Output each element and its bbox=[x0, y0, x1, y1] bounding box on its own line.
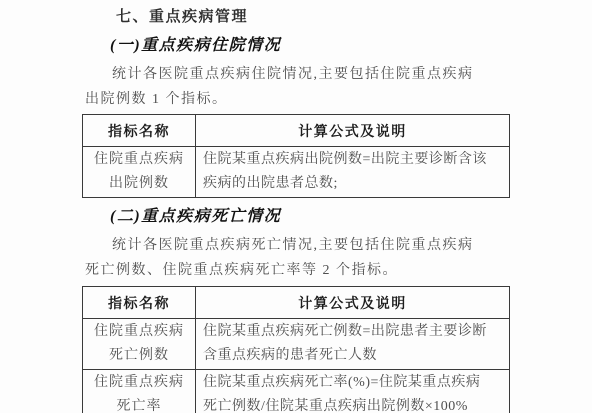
chapter-heading: 七、重点疾病管理 bbox=[116, 8, 592, 27]
col-header-formula: 计算公式及说明 bbox=[196, 287, 510, 319]
subsection-2-paragraph: 统计各医院重点疾病死亡情况,主要包括住院重点疾病 死亡例数、住院重点疾病死亡率等… bbox=[85, 233, 513, 283]
paragraph-line: 统计各医院重点疾病死亡情况,主要包括住院重点疾病 bbox=[85, 233, 513, 258]
col-header-formula: 计算公式及说明 bbox=[196, 115, 510, 147]
paragraph-line: 死亡例数、住院重点疾病死亡率等 2 个指标。 bbox=[85, 258, 513, 283]
subsection-mortality: (二)重点疾病死亡情况 统计各医院重点疾病死亡情况,主要包括住院重点疾病 死亡例… bbox=[0, 206, 592, 413]
table-row: 住院重点疾病 出院例数 住院某重点疾病出院例数=出院主要诊断含该 疾病的出院患者… bbox=[83, 147, 510, 198]
formula-cell: 住院某重点疾病死亡率(%)=住院某重点疾病 死亡例数/住院某重点疾病出院例数×1… bbox=[196, 370, 510, 413]
subsection-2-heading: (二)重点疾病死亡情况 bbox=[110, 206, 592, 227]
document-page: 七、重点疾病管理 (一)重点疾病住院情况 统计各医院重点疾病住院情况,主要包括住… bbox=[0, 0, 592, 413]
table-row: 住院重点疾病 死亡率 住院某重点疾病死亡率(%)=住院某重点疾病 死亡例数/住院… bbox=[83, 370, 510, 413]
col-header-indicator-name: 指标名称 bbox=[83, 287, 196, 319]
indicator-name-cell: 住院重点疾病 出院例数 bbox=[83, 147, 196, 198]
formula-cell: 住院某重点疾病出院例数=出院主要诊断含该 疾病的出院患者总数; bbox=[196, 147, 510, 198]
indicator-table-hospitalization: 指标名称 计算公式及说明 住院重点疾病 出院例数 住院某重点疾病出院例数=出院主… bbox=[82, 114, 510, 198]
subsection-hospitalization: (一)重点疾病住院情况 统计各医院重点疾病住院情况,主要包括住院重点疾病 出院例… bbox=[0, 35, 592, 198]
table-header-row: 指标名称 计算公式及说明 bbox=[83, 287, 510, 319]
subsection-1-paragraph: 统计各医院重点疾病住院情况,主要包括住院重点疾病 出院例数 1 个指标。 bbox=[85, 62, 513, 112]
indicator-table-mortality: 指标名称 计算公式及说明 住院重点疾病 死亡例数 住院某重点疾病死亡例数=出院患… bbox=[82, 286, 510, 413]
indicator-name-cell: 住院重点疾病 死亡率 bbox=[83, 370, 196, 413]
subsection-1-heading: (一)重点疾病住院情况 bbox=[110, 35, 592, 56]
indicator-name-cell: 住院重点疾病 死亡例数 bbox=[83, 319, 196, 370]
formula-cell: 住院某重点疾病死亡例数=出院患者主要诊断 含重点疾病的患者死亡人数 bbox=[196, 319, 510, 370]
paragraph-line: 出院例数 1 个指标。 bbox=[85, 87, 513, 112]
paragraph-line: 统计各医院重点疾病住院情况,主要包括住院重点疾病 bbox=[85, 62, 513, 87]
table-header-row: 指标名称 计算公式及说明 bbox=[83, 115, 510, 147]
table-row: 住院重点疾病 死亡例数 住院某重点疾病死亡例数=出院患者主要诊断 含重点疾病的患… bbox=[83, 319, 510, 370]
col-header-indicator-name: 指标名称 bbox=[83, 115, 196, 147]
